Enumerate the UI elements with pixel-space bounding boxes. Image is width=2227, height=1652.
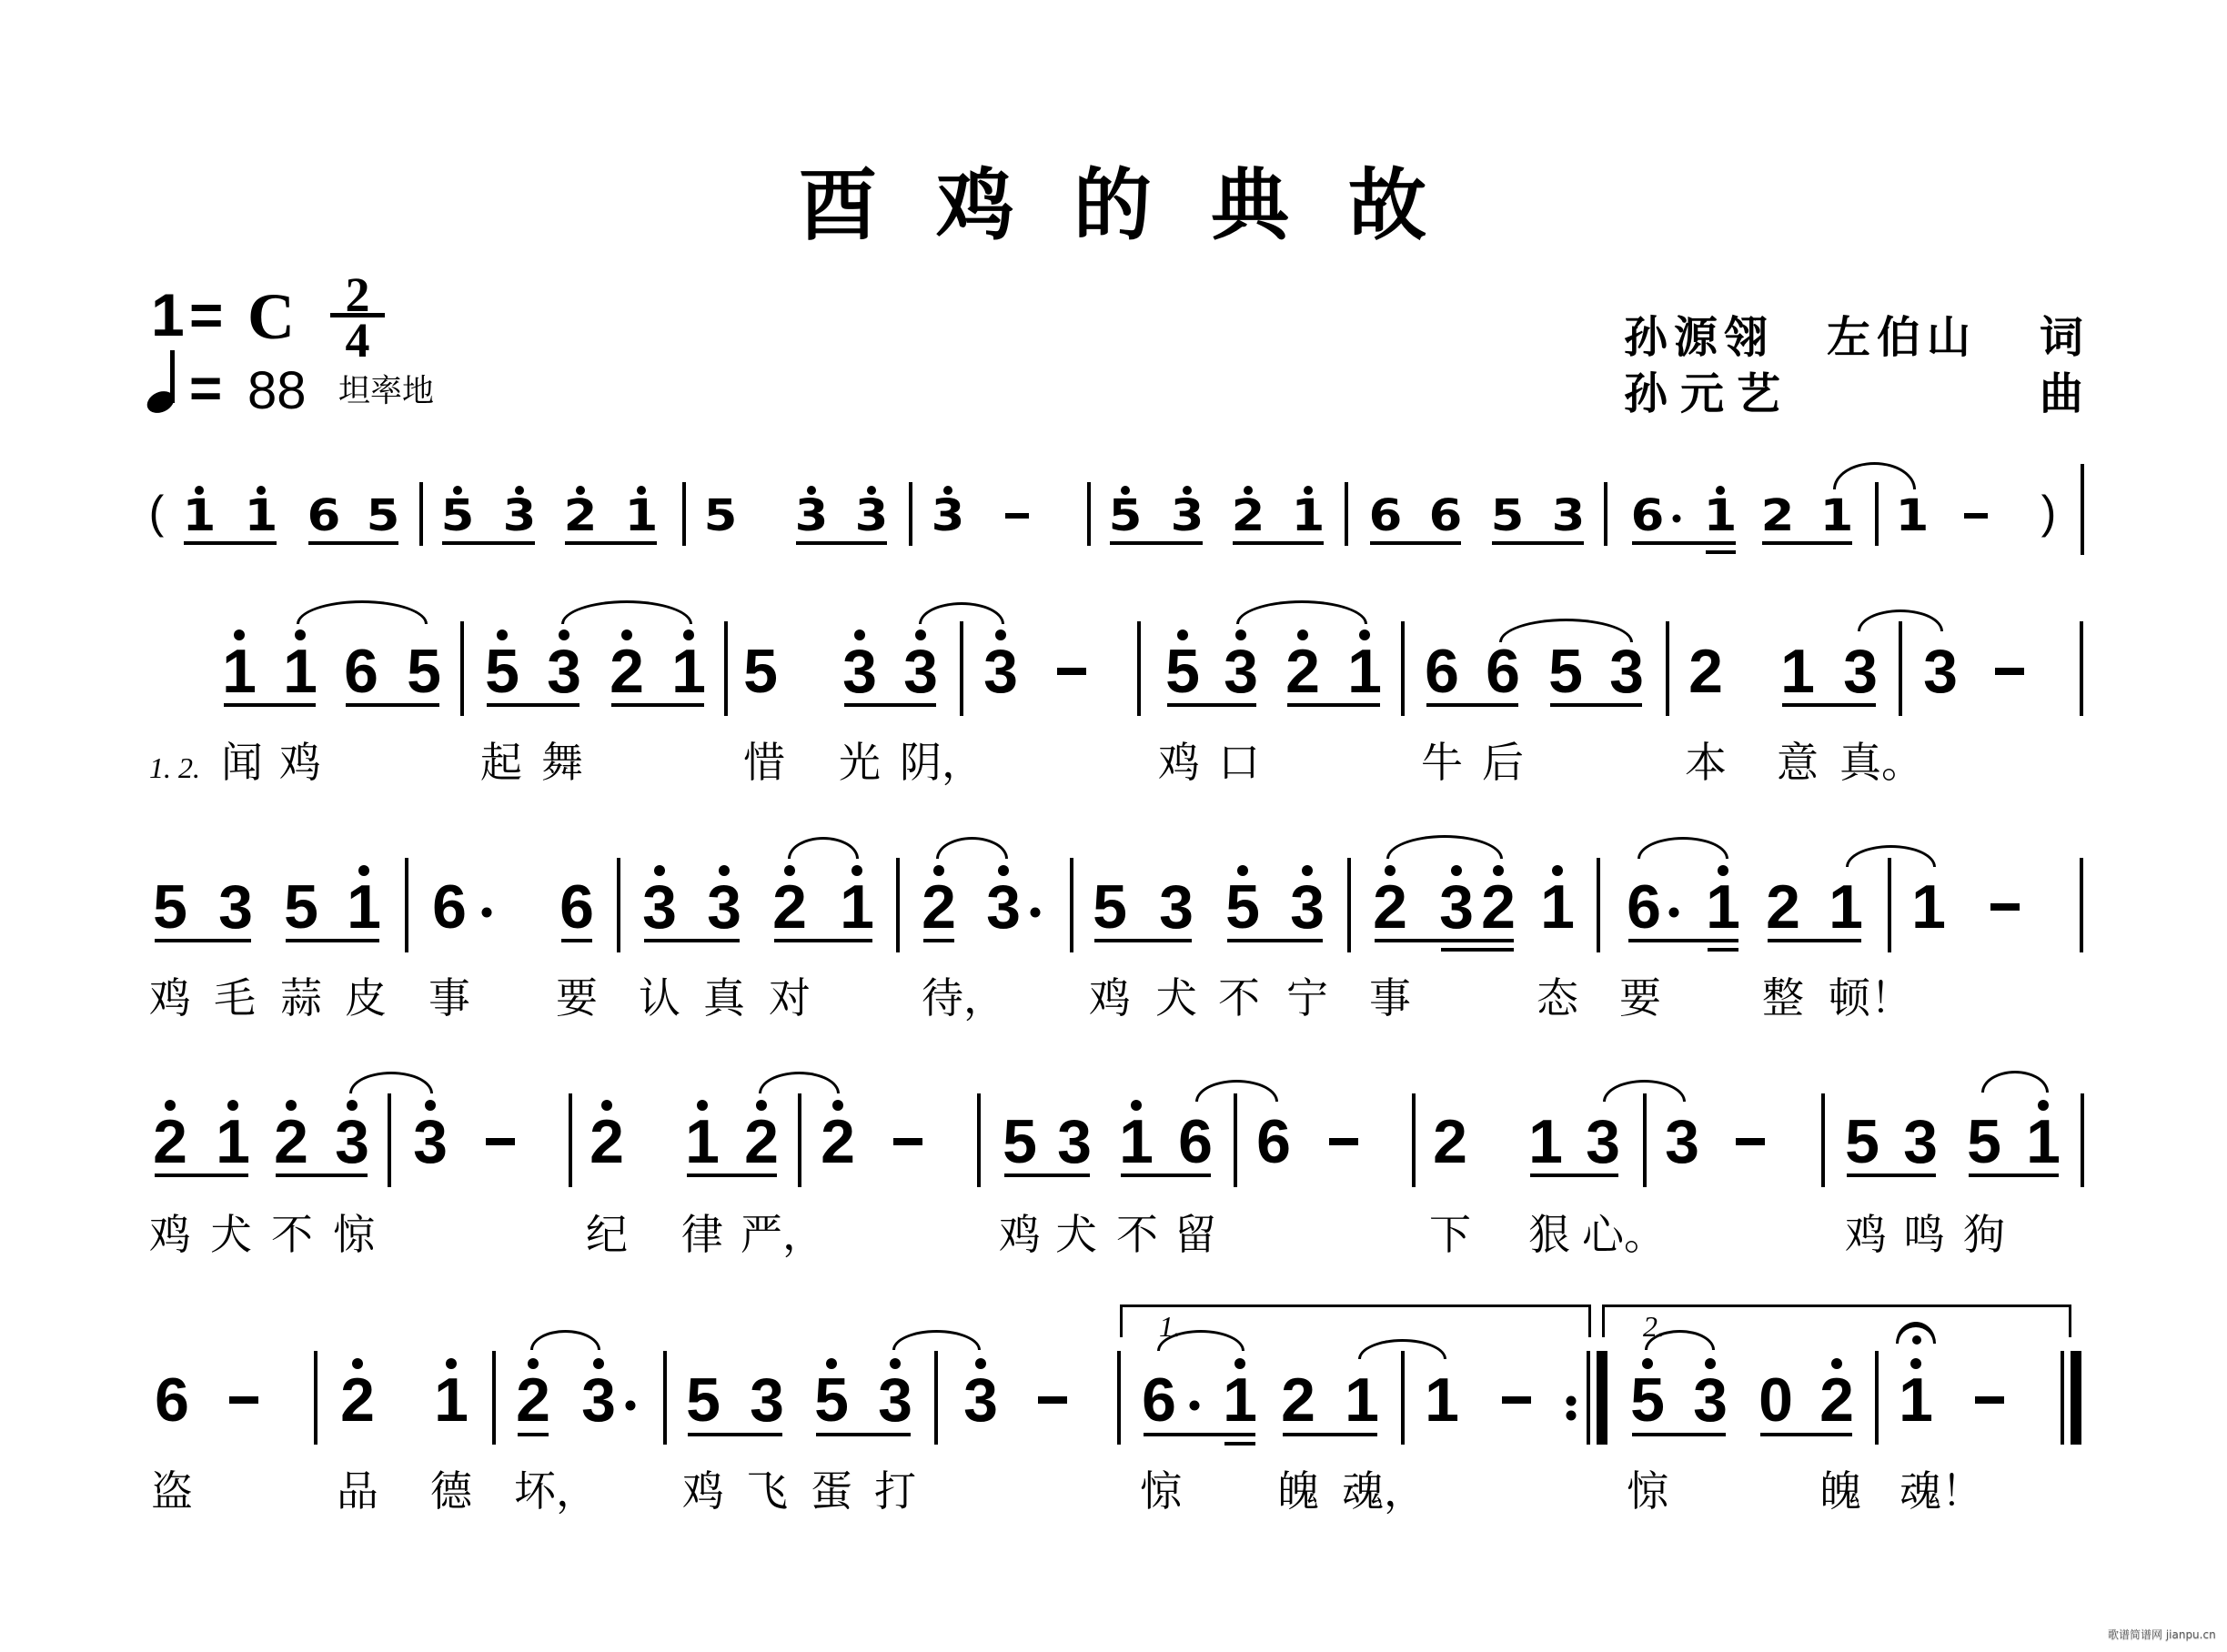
repeat-sign-dot-lower xyxy=(1567,1411,1577,1421)
barline xyxy=(1117,1351,1121,1445)
barline-thick xyxy=(1597,1351,1607,1445)
barline-thick xyxy=(2071,1351,2081,1445)
watermark: 歌谱简谱网 jianpu.cn xyxy=(2108,1629,2216,1640)
note: 1 xyxy=(1425,1369,1459,1431)
beam-underline xyxy=(1632,1433,1726,1436)
slur-tie xyxy=(530,1330,600,1350)
lyric-syllable: 打 xyxy=(874,1470,916,1512)
high-octave-dot xyxy=(446,1358,457,1369)
lyric-syllable: 魄 xyxy=(1819,1470,1861,1512)
note: 6 xyxy=(1142,1369,1176,1431)
sustain-dash xyxy=(1038,1396,1067,1404)
high-octave-dot xyxy=(975,1358,986,1369)
lyric-syllable: 鸡 xyxy=(682,1470,724,1512)
high-octave-dot xyxy=(1910,1358,1921,1369)
note: 5 xyxy=(1630,1369,1665,1431)
high-octave-dot xyxy=(1642,1358,1653,1369)
beam-underline-double xyxy=(1224,1442,1255,1445)
high-octave-dot xyxy=(890,1358,901,1369)
lyric-syllable: 魂！ xyxy=(1899,1470,1983,1512)
barline xyxy=(1875,1351,1879,1445)
note: 1 xyxy=(1223,1369,1257,1431)
note: 2 xyxy=(1281,1369,1315,1431)
note: 0 xyxy=(1758,1369,1793,1431)
lyric-syllable: 品 xyxy=(337,1470,378,1512)
note: 3 xyxy=(1693,1369,1728,1431)
beam-underline xyxy=(518,1433,549,1436)
barline xyxy=(314,1351,317,1445)
lyric-syllable: 盗 xyxy=(151,1470,193,1512)
note: 5 xyxy=(814,1369,849,1431)
note: 2 xyxy=(1819,1369,1854,1431)
note: 1 xyxy=(1345,1369,1379,1431)
beam-underline xyxy=(816,1433,911,1436)
high-octave-dot xyxy=(528,1358,539,1369)
note: 3 xyxy=(581,1369,616,1431)
note: 1 xyxy=(1899,1369,1933,1431)
volta-bracket-right xyxy=(1588,1304,1591,1337)
high-octave-dot xyxy=(826,1358,837,1369)
note: 1 xyxy=(434,1369,469,1431)
lyric-syllable: 魄 xyxy=(1277,1470,1319,1512)
augmentation-dot xyxy=(1190,1401,1200,1411)
lyric-syllable: 坏， xyxy=(514,1470,598,1512)
high-octave-dot xyxy=(1705,1358,1716,1369)
lyric-syllable: 德 xyxy=(430,1470,472,1512)
sustain-dash xyxy=(1975,1396,2004,1404)
lyric-syllable: 惊 xyxy=(1627,1470,1668,1512)
barline xyxy=(492,1351,496,1445)
barline xyxy=(663,1351,667,1445)
lyric-syllable: 惊 xyxy=(1140,1470,1182,1512)
high-octave-dot xyxy=(1831,1358,1842,1369)
volta-ending-label: 2. xyxy=(1643,1312,1665,1341)
fermata-dot xyxy=(1912,1335,1921,1345)
slur-tie xyxy=(892,1330,981,1350)
repeat-sign-dot-upper xyxy=(1567,1396,1577,1406)
barline-thin xyxy=(1587,1351,1590,1445)
note: 3 xyxy=(963,1369,998,1431)
lyric-syllable: 魂， xyxy=(1342,1470,1426,1512)
system-line-4: 621235353361211530211.2.盗品德坏，鸡飞蛋打惊魄魂，惊魄魂… xyxy=(0,0,2227,1652)
lyric-syllable: 蛋 xyxy=(811,1470,852,1512)
note: 2 xyxy=(516,1369,550,1431)
beam-underline xyxy=(688,1433,782,1436)
high-octave-dot xyxy=(593,1358,604,1369)
lyric-syllable: 飞 xyxy=(746,1470,788,1512)
high-octave-dot xyxy=(1234,1358,1245,1369)
high-octave-dot xyxy=(352,1358,363,1369)
slur-tie xyxy=(1358,1339,1446,1359)
note: 3 xyxy=(878,1369,912,1431)
augmentation-dot xyxy=(626,1401,636,1411)
volta-bracket-top xyxy=(1603,1304,2070,1307)
volta-bracket-left xyxy=(1120,1304,1123,1337)
volta-bracket-left xyxy=(1602,1304,1605,1337)
volta-bracket-right xyxy=(2069,1304,2071,1337)
note: 3 xyxy=(750,1369,784,1431)
barline xyxy=(934,1351,938,1445)
beam-underline xyxy=(1144,1433,1255,1436)
beam-underline xyxy=(1283,1433,1377,1436)
sheet-music-page: 酉鸡的典故 1 = C 2 4 = 88 坦率地 孙源翎 左伯山 词 孙元艺 曲… xyxy=(0,0,2227,1652)
note: 5 xyxy=(686,1369,720,1431)
sustain-dash xyxy=(1502,1396,1531,1404)
volta-ending-label: 1. xyxy=(1159,1312,1181,1341)
note: 6 xyxy=(155,1369,189,1431)
note: 2 xyxy=(340,1369,375,1431)
beam-underline xyxy=(1760,1433,1852,1436)
sustain-dash xyxy=(229,1396,258,1404)
volta-bracket-top xyxy=(1121,1304,1589,1307)
barline xyxy=(1401,1351,1405,1445)
barline-thin xyxy=(2061,1351,2064,1445)
